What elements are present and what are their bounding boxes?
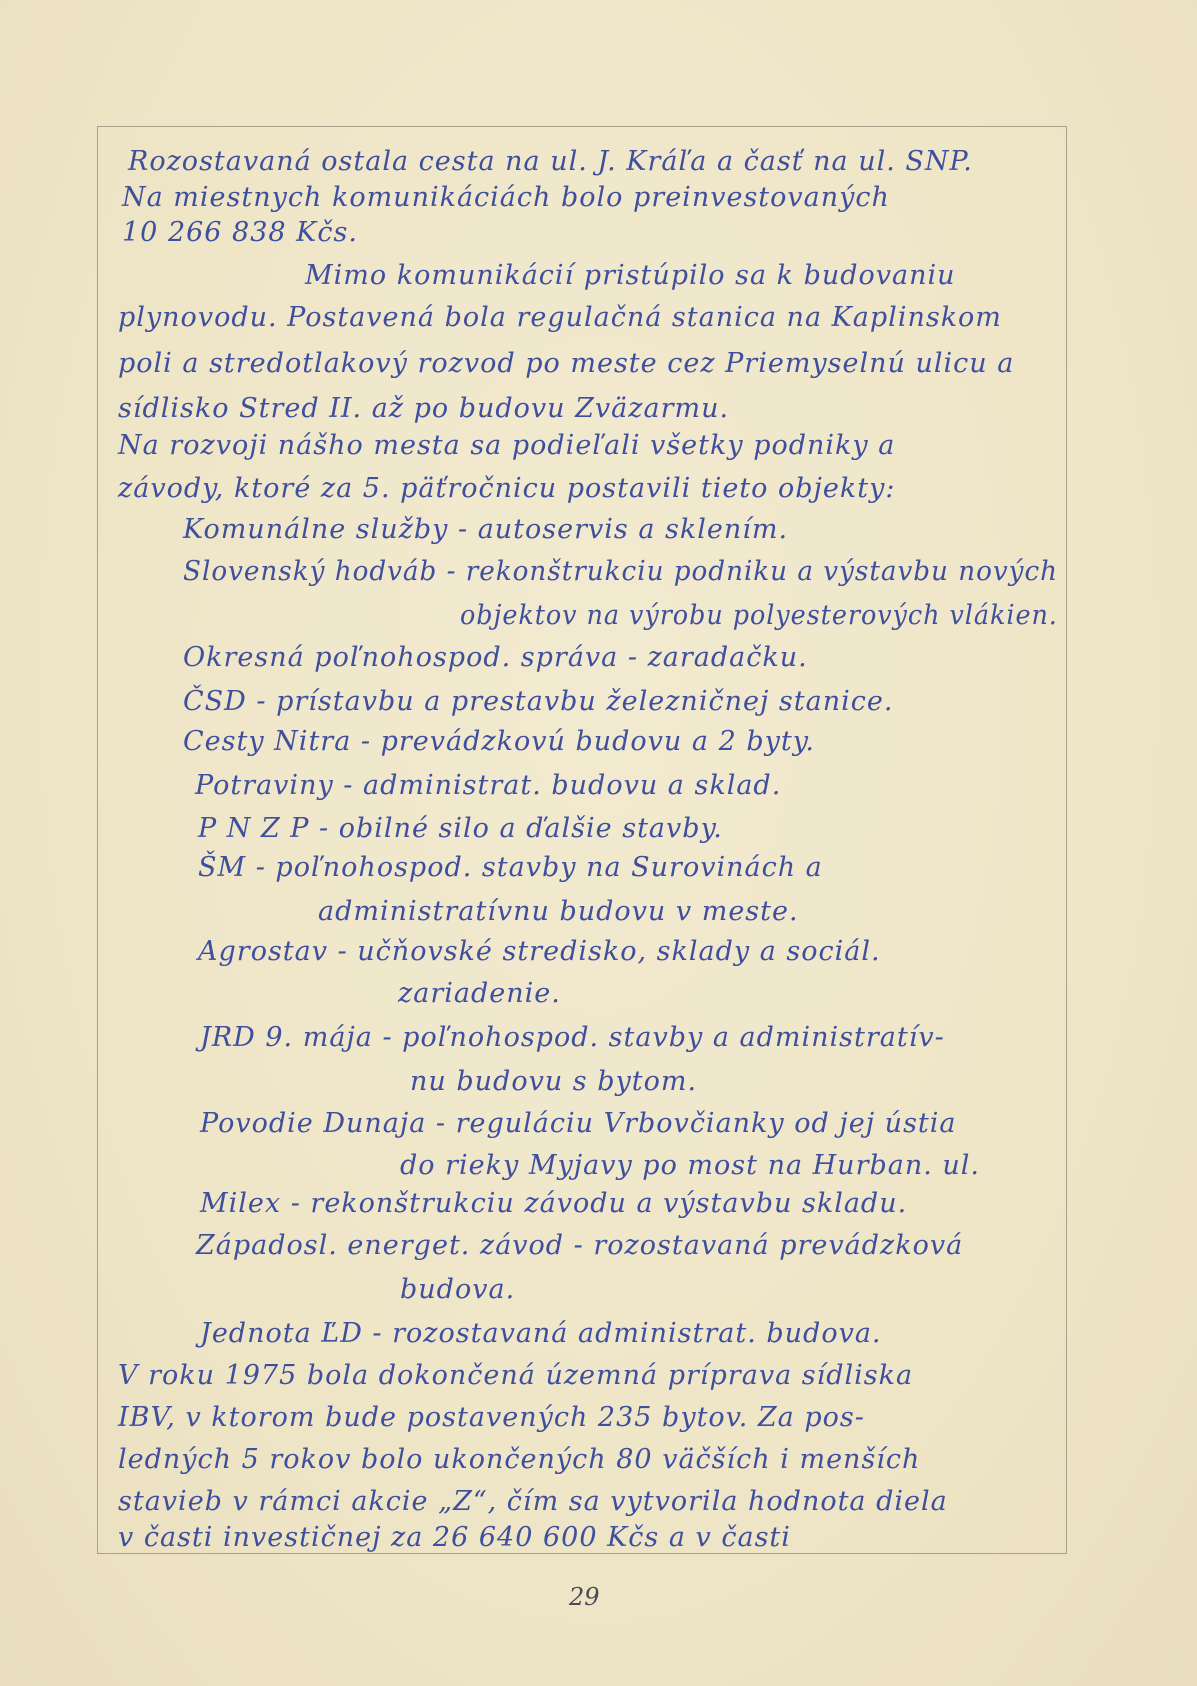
handwritten-line: zariadenie.: [398, 980, 561, 1007]
handwritten-line: administratívnu budovu v meste.: [318, 898, 799, 925]
handwritten-line: Potraviny - administrat. budovu a sklad.: [195, 772, 781, 799]
handwritten-line: poli a stredotlakový rozvod po meste cez…: [118, 350, 1014, 377]
handwritten-line: Jednota ĽD - rozostavaná administrat. bu…: [200, 1320, 882, 1347]
handwritten-line: 10 266 838 Kčs.: [122, 219, 358, 246]
handwritten-line: Mimo komunikácií pristúpilo sa k budovan…: [305, 262, 956, 289]
handwritten-line: nu budovu s bytom.: [410, 1068, 697, 1095]
handwritten-line: do rieky Myjavy po most na Hurban. ul.: [400, 1152, 980, 1179]
handwritten-line: Povodie Dunaja - reguláciu Vrbovčianky o…: [200, 1110, 957, 1137]
handwritten-line: Na miestnych komunikáciách bolo preinves…: [122, 184, 890, 211]
handwritten-line: Cesty Nitra - prevádzkovú budovu a 2 byt…: [183, 728, 815, 755]
handwritten-line: plynovodu. Postavená bola regulačná stan…: [118, 304, 1002, 331]
handwritten-line: Rozostavaná ostala cesta na ul. J. Kráľa…: [128, 148, 973, 175]
handwritten-line: sídlisko Stred II. až po budovu Zväzarmu…: [118, 395, 729, 422]
manuscript-page: Rozostavaná ostala cesta na ul. J. Kráľa…: [0, 0, 1197, 1686]
handwritten-line: IBV, v ktorom bude postavených 235 bytov…: [118, 1404, 865, 1431]
handwritten-line: Milex - rekonštrukciu závodu a výstavbu …: [200, 1190, 907, 1217]
handwritten-line: ČSD - prístavbu a prestavbu železničnej …: [183, 688, 893, 715]
handwritten-line: v časti investičnej za 26 640 600 Kčs a …: [118, 1524, 791, 1551]
handwritten-line: V roku 1975 bola dokončená územná prípra…: [118, 1362, 913, 1389]
handwritten-line: P N Z P - obilné silo a ďalšie stavby.: [198, 815, 723, 842]
handwritten-line: ledných 5 rokov bolo ukončených 80 väčší…: [118, 1446, 920, 1473]
handwritten-line: Západosl. energet. závod - rozostavaná p…: [196, 1232, 963, 1259]
handwritten-line: závody, ktoré za 5. päťročnicu postavili…: [118, 475, 895, 502]
handwritten-line: objektov na výrobu polyesterových vlákie…: [460, 602, 1058, 629]
handwritten-line: ŠM - poľnohospod. stavby na Surovinách a: [198, 854, 823, 881]
handwritten-line: Na rozvoji nášho mesta sa podieľali všet…: [118, 432, 895, 459]
page-number: 29: [569, 1583, 600, 1611]
handwritten-line: Agrostav - učňovské stredisko, sklady a …: [198, 938, 881, 965]
handwritten-line: Komunálne služby - autoservis a sklením.: [183, 516, 788, 543]
handwritten-line: budova.: [400, 1276, 515, 1303]
handwritten-line: stavieb v rámci akcie „Z“, čím sa vytvor…: [118, 1488, 948, 1515]
handwritten-line: Okresná poľnohospod. správa - zaradačku.: [183, 644, 808, 671]
handwritten-line: Slovenský hodváb - rekonštrukciu podniku…: [183, 558, 1058, 585]
handwritten-line: JRD 9. mája - poľnohospod. stavby a admi…: [200, 1024, 945, 1051]
